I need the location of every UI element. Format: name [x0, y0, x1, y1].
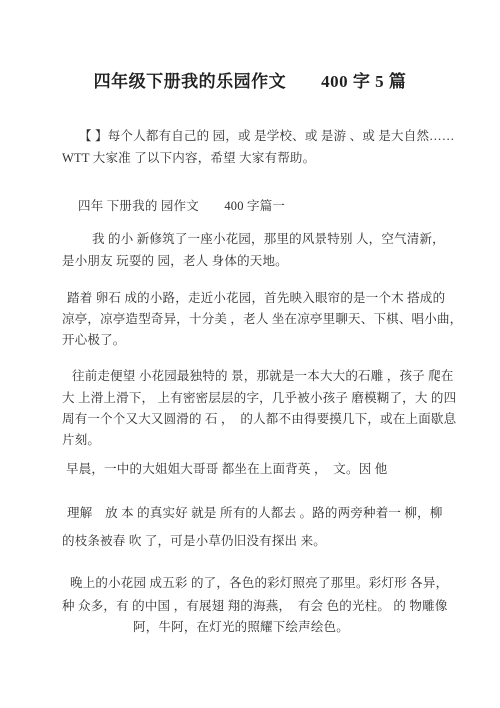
essay-line: 的枝条被春 吹 了，可是小草仍旧没有探出 来。: [62, 531, 326, 549]
essay-line: 大 上滑上滑下， 上有密密层层的字，几乎被小孩子 磨模糊了，大 的四: [62, 388, 456, 406]
essay-line: 理解 放 本 的真实好 就是 所有的人都去 。路的两旁种着一 柳，柳: [67, 503, 443, 521]
intro-line-1: 【 】每个人都有自己的 园，或 是学校、或 是游 、或 是大自然……: [79, 126, 455, 144]
essay-line: 开心极了。: [62, 330, 126, 348]
document-page: 四年级下册我的乐园作文 400 字 5 篇 【 】每个人都有自己的 园，或 是学…: [0, 0, 500, 708]
essay-line: 往前走便望 小花园最独特的 景，那就是一本大大的石雕 ，孩子 爬在: [72, 366, 454, 384]
essay-line: 早晨，一中的大姐姐大哥哥 都坐在上面背英 ， 文。因 他: [66, 459, 387, 477]
essay-line: 种 众多，有 的中国 ，有展翅 翔的海燕， 有会 色的光柱。 的 物雕像: [62, 596, 448, 614]
essay-line: 周有一个个又大又圆滑的 石 ， 的人都不由得要摸几下，或在上面歇息: [62, 409, 456, 427]
essay-line: 晚上的小花园 成五彩 的了，各色的彩灯照亮了那里。彩灯形 各异，: [70, 573, 448, 591]
essay-line-centered: 阿，牛阿，在灯光的照耀下绘声绘色。: [52, 617, 430, 635]
intro-line-2: WTT 大家准 了以下内容，希望 大家有帮助。: [62, 148, 315, 166]
essay-line: 我 的小 新修筑了一座小花园，那里的风景特别 人，空气清新，: [92, 229, 445, 247]
section-heading: 四年 下册我的 园作文 400 字篇一: [78, 196, 285, 214]
essay-title: 四年级下册我的乐园作文 400 字 5 篇: [0, 67, 500, 92]
essay-line: 踏着 卵石 成的小路，走近小花园，首先映入眼帘的是一个木 搭成的: [67, 288, 445, 306]
essay-line: 凉亭，凉亭造型奇异，十分美 ，老人 坐在凉亭里聊天、下棋、唱小曲，: [62, 309, 462, 327]
essay-line: 是小朋友 玩耍的 园，老人 身体的天地。: [62, 251, 288, 269]
essay-line: 片刻。: [62, 430, 100, 448]
